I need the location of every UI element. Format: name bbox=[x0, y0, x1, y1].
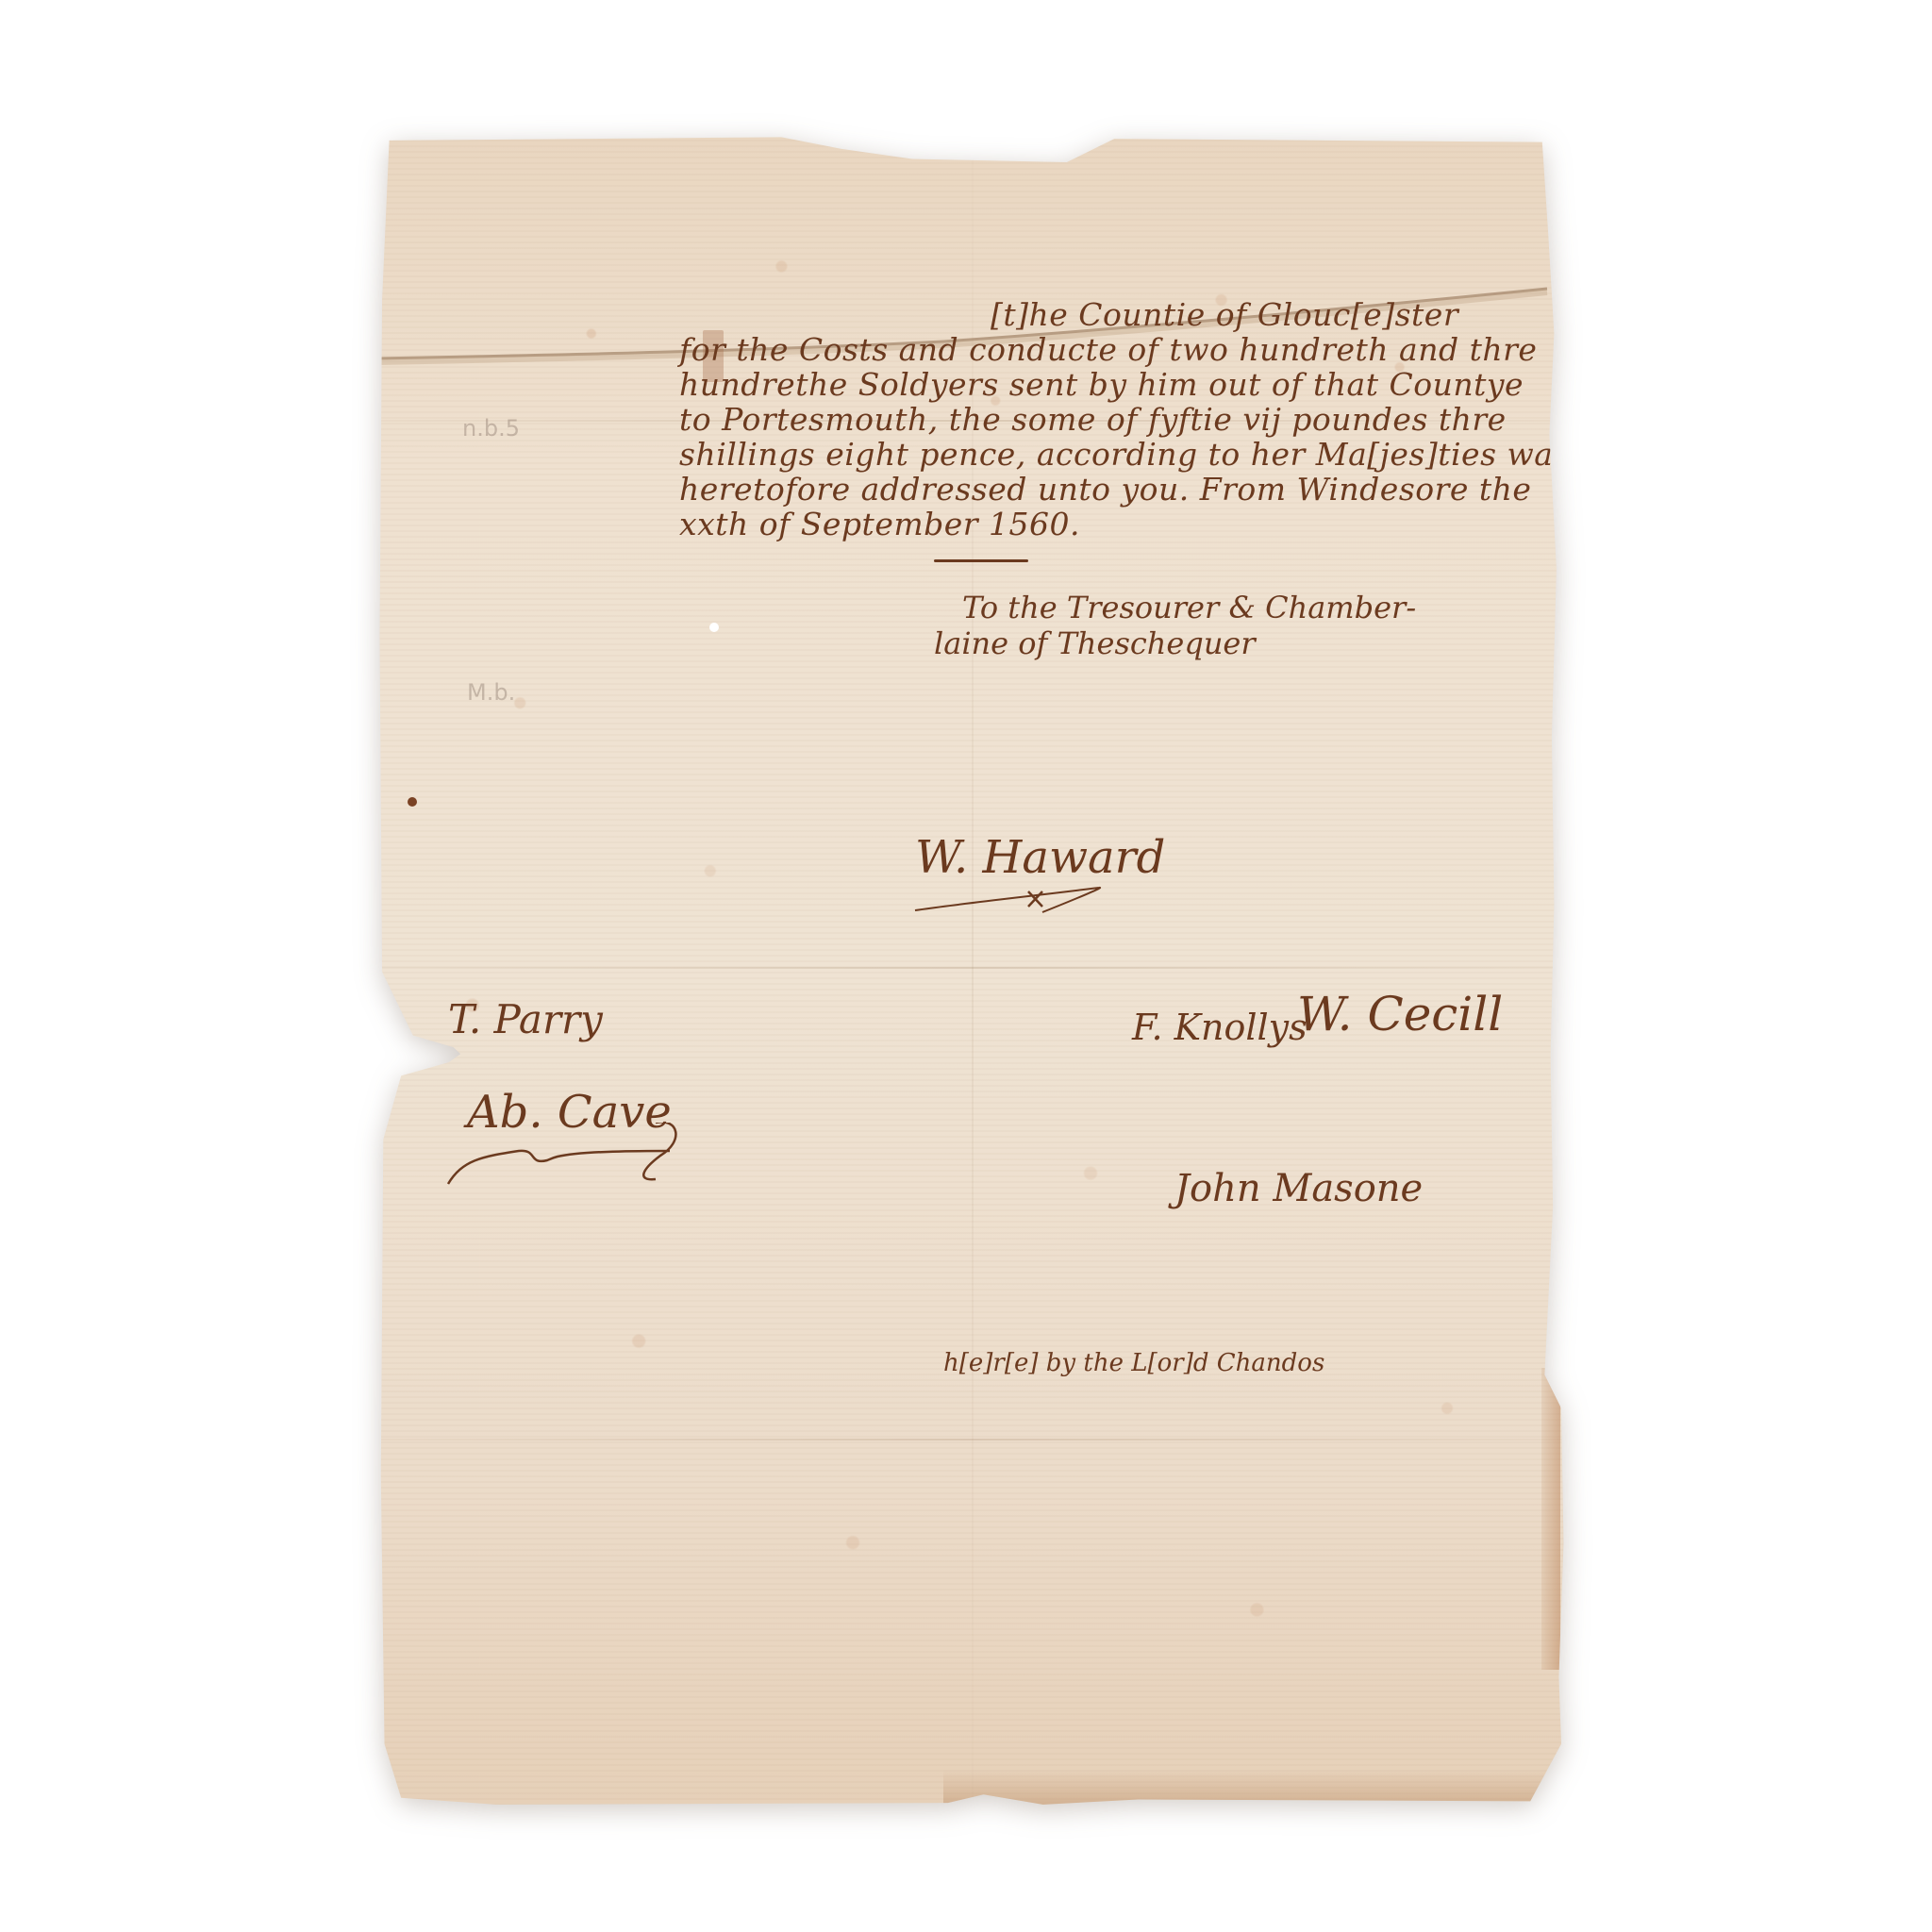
signature-knollys: F. Knollys bbox=[1132, 1009, 1307, 1045]
paper-surface: n.b.5 M.b. [t]he Countie of Glouc[e]ster… bbox=[377, 132, 1566, 1811]
body-line: heretofore addressed unto you. From Wind… bbox=[679, 472, 1547, 507]
pin-hole bbox=[709, 623, 719, 632]
body-line: shillings eight pence, according to her … bbox=[679, 437, 1547, 472]
address-line: To the Tresourer & Chamber- bbox=[962, 590, 1416, 625]
edge-stain-bottom bbox=[943, 1770, 1547, 1807]
signature-flourish bbox=[443, 1123, 689, 1189]
pencil-note: M.b. bbox=[467, 679, 515, 706]
date-underline bbox=[934, 559, 1028, 562]
photo-background: n.b.5 M.b. [t]he Countie of Glouc[e]ster… bbox=[0, 0, 1932, 1932]
manuscript-sheet: n.b.5 M.b. [t]he Countie of Glouc[e]ster… bbox=[377, 132, 1566, 1811]
body-line: hundrethe Soldyers sent by him out of th… bbox=[679, 367, 1547, 402]
endorsement-note: h[e]r[e] by the L[or]d Chandos bbox=[943, 1349, 1324, 1377]
address-block: To the Tresourer & Chamber- laine of The… bbox=[962, 590, 1416, 661]
warrant-body-text: [t]he Countie of Glouc[e]ster for the Co… bbox=[679, 297, 1547, 541]
address-line: laine of Theschequer bbox=[934, 625, 1416, 661]
body-line: xxth of September 1560. bbox=[679, 507, 1547, 541]
body-line: [t]he Countie of Glouc[e]ster bbox=[679, 297, 1547, 332]
signature-howard: W. Haward bbox=[915, 835, 1165, 880]
signature-cecil: W. Cecill bbox=[1297, 991, 1503, 1038]
signature-mason: John Masone bbox=[1174, 1170, 1423, 1207]
body-line: for the Costs and conducte of two hundre… bbox=[679, 332, 1547, 367]
edge-stain-right bbox=[1541, 1368, 1560, 1670]
signature-flourish bbox=[910, 880, 1127, 918]
ink-blot bbox=[408, 797, 417, 807]
pencil-note: n.b.5 bbox=[462, 415, 520, 441]
signature-parry: T. Parry bbox=[448, 1000, 603, 1040]
body-line: to Portesmouth, the some of fyftie vij p… bbox=[679, 402, 1547, 437]
